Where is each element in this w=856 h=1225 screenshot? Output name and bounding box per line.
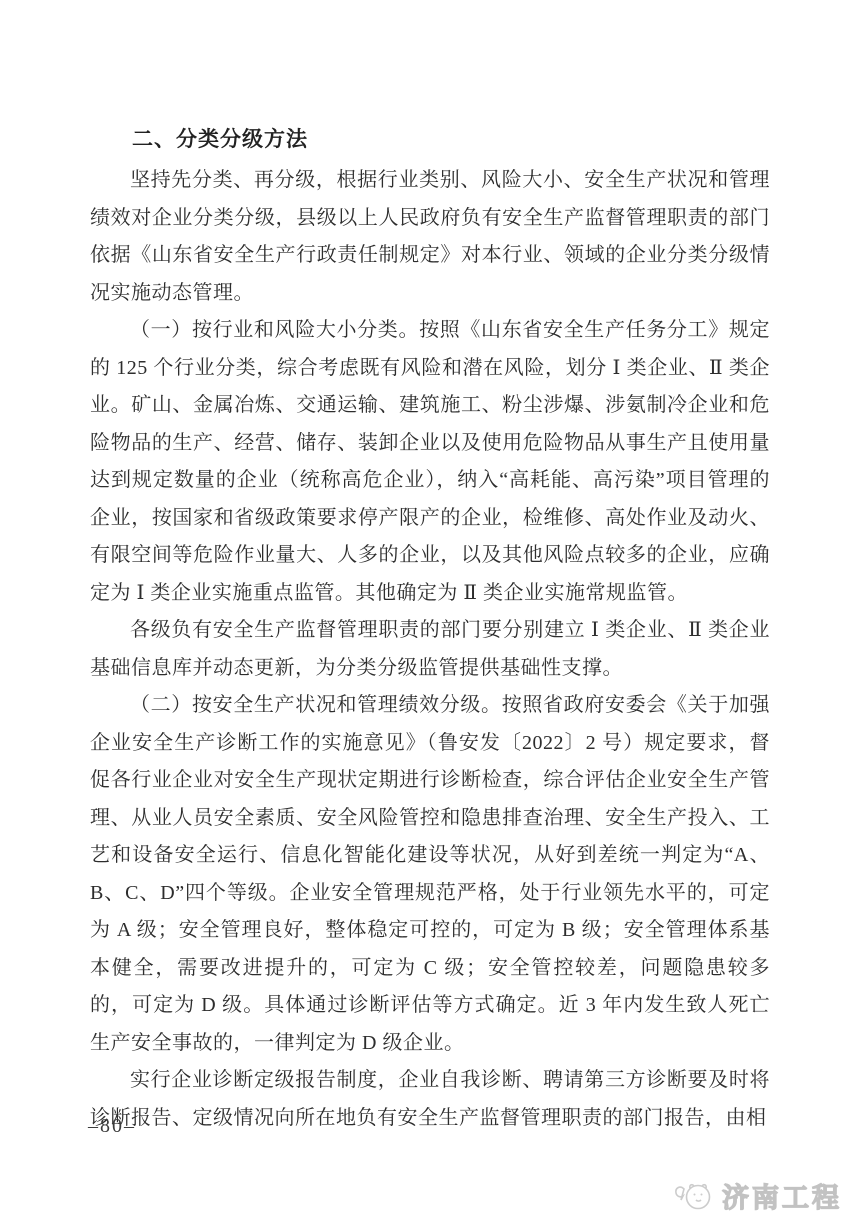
page-number: –80–: [88, 1115, 136, 1138]
paragraph-grading-by-safety-status: （二）按安全生产状况和管理绩效分级。按照省政府安委会《关于加强企业安全生产诊断工…: [90, 687, 770, 1062]
document-page: 二、分类分级方法 坚持先分类、再分级，根据行业类别、风险大小、安全生产状况和管理…: [0, 0, 856, 1225]
paragraph-diagnosis-report-system: 实行企业诊断定级报告制度，企业自我诊断、聘请第三方诊断要及时将诊断报告、定级情况…: [90, 1062, 770, 1137]
document-content: 二、分类分级方法 坚持先分类、再分级，根据行业类别、风险大小、安全生产状况和管理…: [90, 118, 770, 1137]
watermark: 济南工程: [674, 1176, 842, 1215]
panda-mascot-logo-icon: [674, 1179, 716, 1213]
paragraph-intro: 坚持先分类、再分级，根据行业类别、风险大小、安全生产状况和管理绩效对企业分类分级…: [90, 162, 770, 312]
paragraph-information-database: 各级负有安全生产监督管理职责的部门要分别建立 Ⅰ 类企业、Ⅱ 类企业基础信息库并…: [90, 612, 770, 687]
section-heading: 二、分类分级方法: [90, 118, 770, 162]
paragraph-classification-by-industry-risk: （一）按行业和风险大小分类。按照《山东省安全生产任务分工》规定的 125 个行业…: [90, 312, 770, 612]
watermark-text: 济南工程: [722, 1176, 842, 1215]
